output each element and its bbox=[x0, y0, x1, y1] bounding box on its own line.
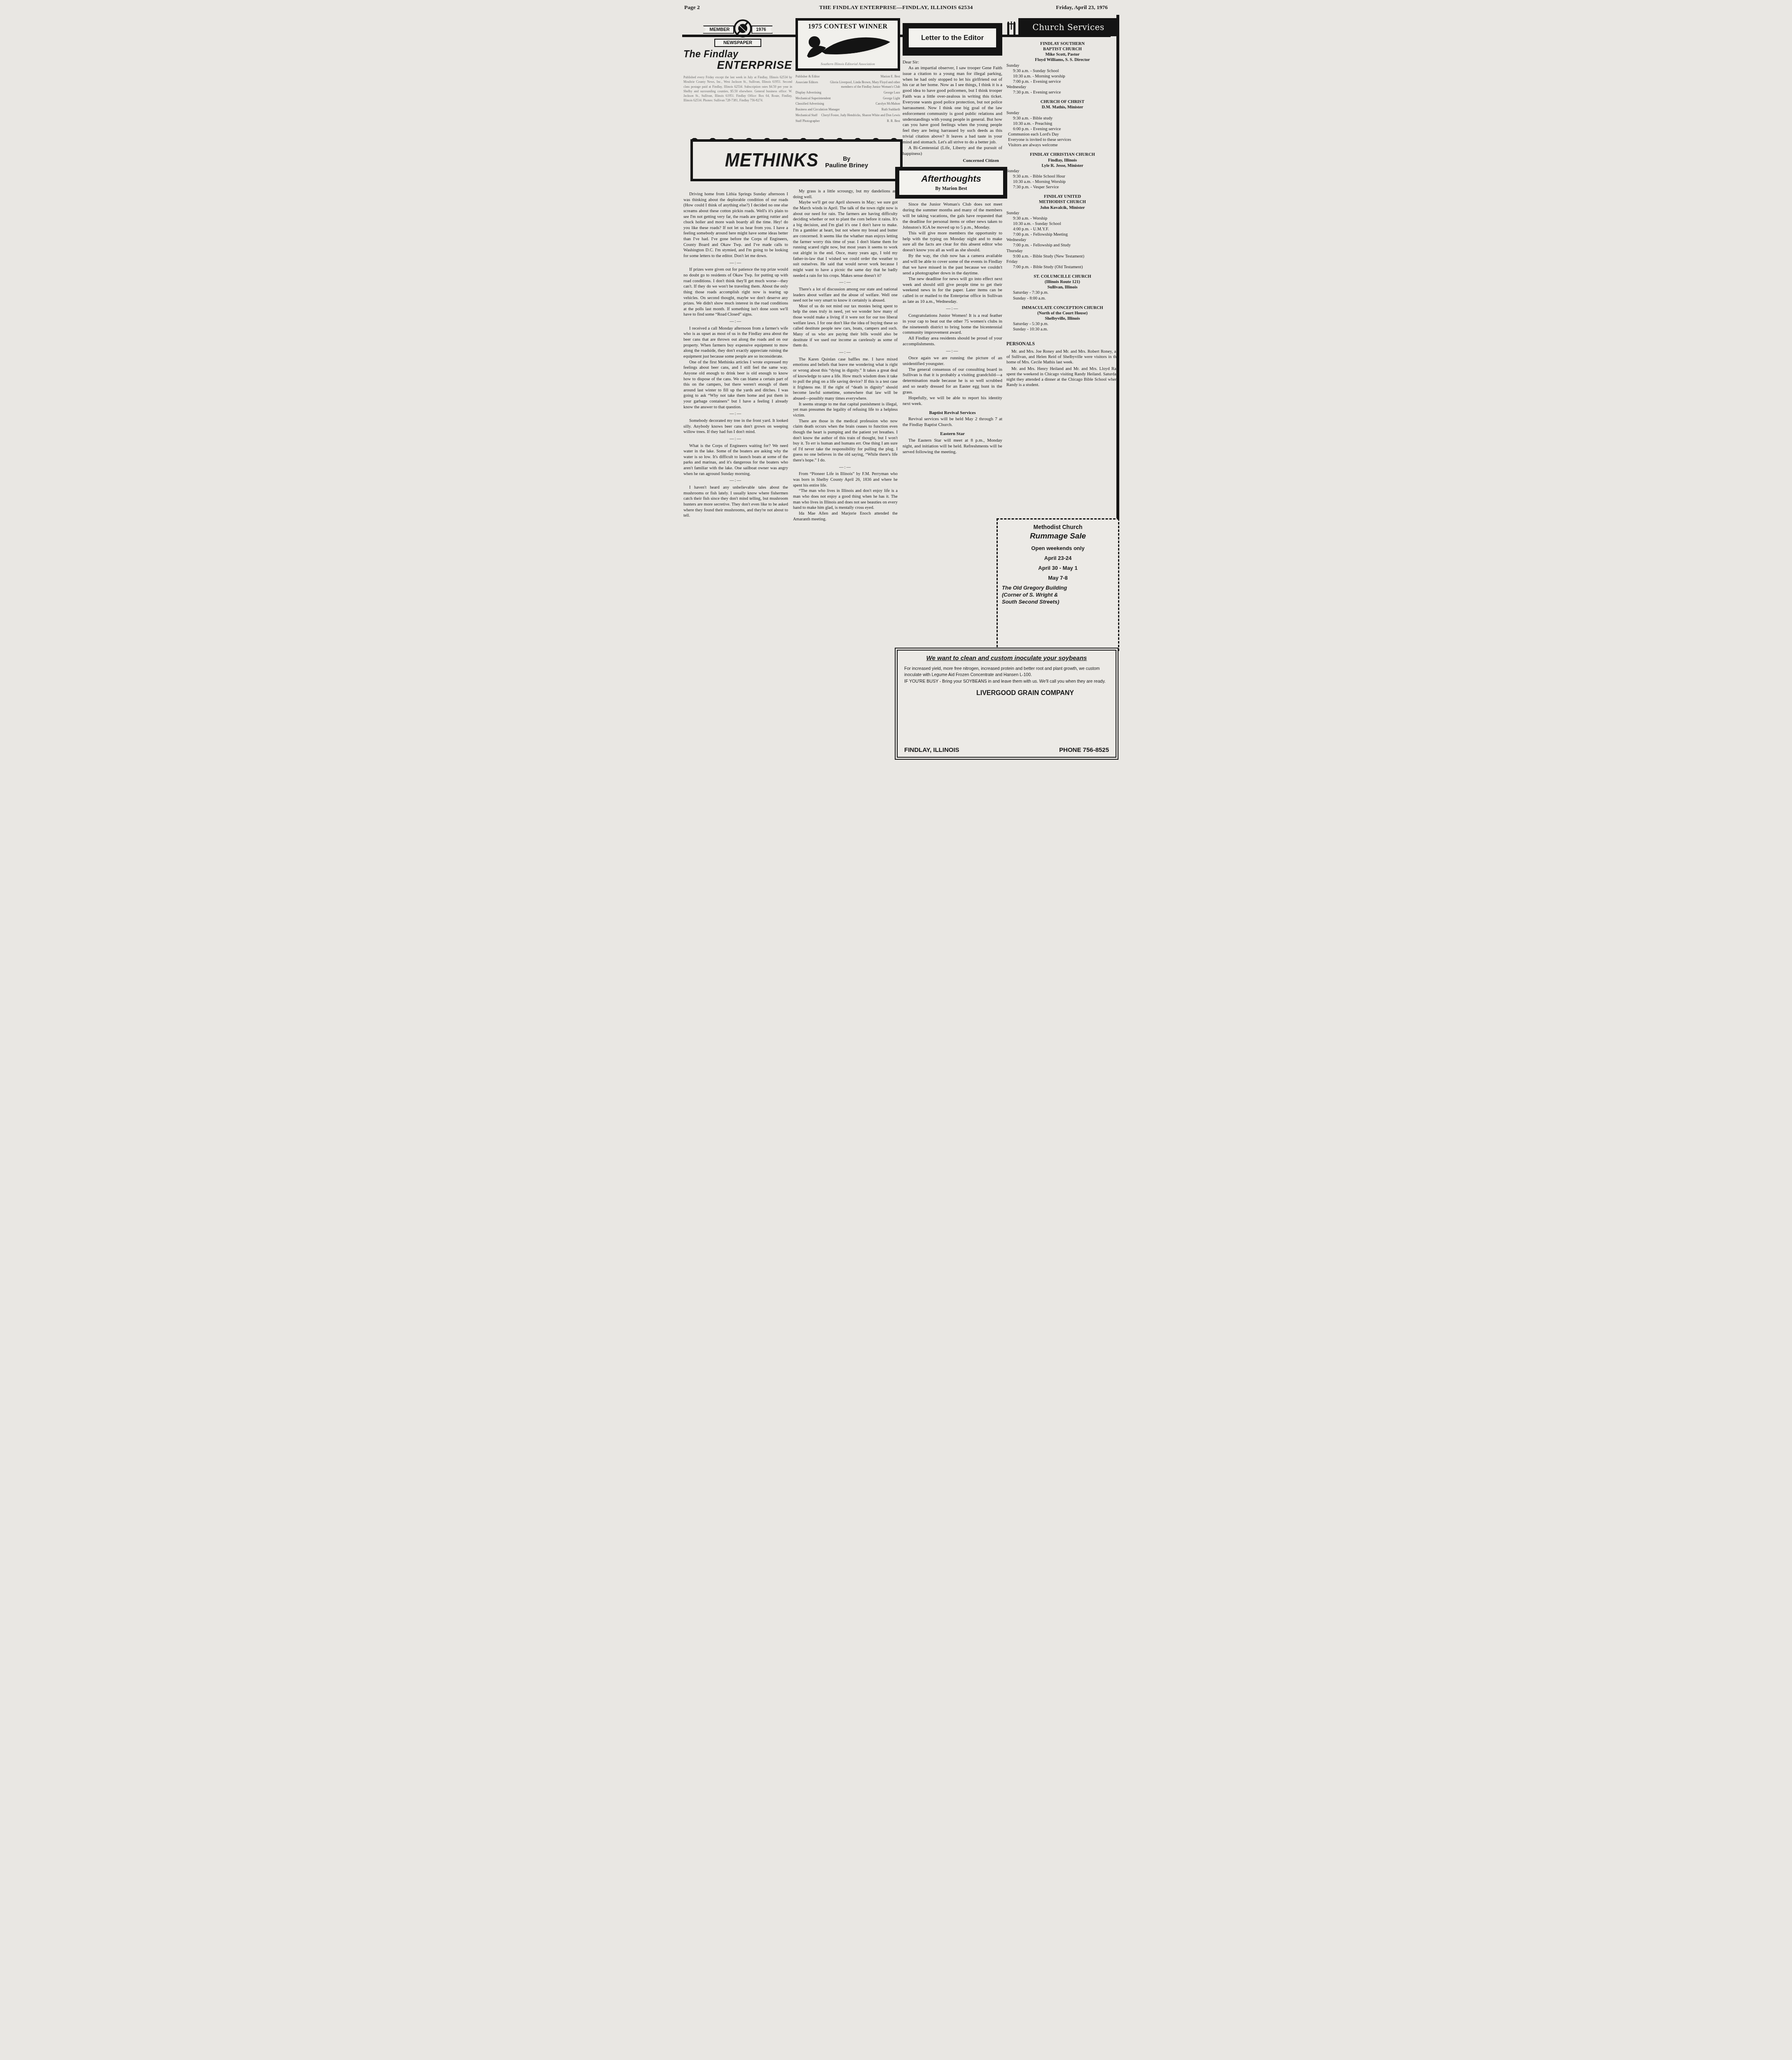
livergood-ad-paragraph-1: For increased yield, more free nitrogen,… bbox=[904, 666, 1109, 678]
member-ribbon-label: MEMBER bbox=[703, 26, 734, 34]
church-listing-line: BAPTIST CHURCH bbox=[1006, 47, 1118, 52]
church-listing-line: CHURCH OF CHRIST bbox=[1006, 99, 1118, 105]
church-listing-line: METHODIST CHURCH bbox=[1006, 199, 1118, 205]
church-services-listings: FINDLAY SOUTHERN BAPTIST CHURCH Mike Sco… bbox=[1006, 41, 1118, 388]
church-listing-line: Wednesday bbox=[1006, 237, 1118, 243]
staff-names: Cheryl Foster, Judy Hendricks, Sharon Wh… bbox=[821, 113, 900, 118]
church-listing-line bbox=[1006, 301, 1118, 305]
church-listing-line: 9:30 a.m. - Bible School Hour bbox=[1006, 174, 1118, 179]
masthead-fine-print: Published every Friday except the last w… bbox=[683, 75, 792, 103]
staff-role: Classified Advertising bbox=[795, 101, 824, 106]
methinks-banner: METHINKS By Pauline Briney bbox=[690, 139, 903, 181]
afterthoughts-paragraph: The general consensus of our consulting … bbox=[903, 367, 1002, 396]
article-paragraph: —:— bbox=[793, 350, 898, 356]
church-listing-line: D.M. Mathis, Minister bbox=[1006, 105, 1118, 110]
article-paragraph: What is the Corps of Engineers waiting f… bbox=[683, 443, 788, 477]
newspaper-ribbon-label: NEWSPAPER bbox=[714, 39, 761, 47]
afterthoughts-box-inner: Afterthoughts By Marion Best bbox=[899, 171, 1003, 195]
staff-row: Classified Advertising Carolyn McMahon bbox=[795, 101, 900, 106]
afterthoughts-paragraph: Congratulations Junior Women! It is a re… bbox=[903, 313, 1002, 336]
church-listing-line bbox=[1006, 190, 1118, 194]
church-listing-line: 10:30 a.m. - Sunday School bbox=[1006, 221, 1118, 227]
staff-row: Mechanical Superintendent George Light bbox=[795, 96, 900, 101]
church-listing-line: 9:00 a.m. - Bible Study (New Testament) bbox=[1006, 254, 1118, 259]
church-listing-line: PERSONALS bbox=[1006, 341, 1118, 347]
church-candles-cross-icon bbox=[1006, 18, 1017, 36]
article-paragraph: Ida Mae Allen and Marjorie Enoch attende… bbox=[793, 511, 898, 522]
church-listing-line: Mr. and Mrs. Joe Roney and Mr. and Mrs. … bbox=[1006, 349, 1118, 365]
article-paragraph: Maybe we'll get our April showers in May… bbox=[793, 200, 898, 279]
afterthoughts-title: Afterthoughts bbox=[901, 173, 1001, 184]
contest-winner-box: 1975 CONTEST WINNER Southern Illinois Ed… bbox=[795, 18, 900, 71]
article-paragraph: “The man who lives in Illinois and don't… bbox=[793, 488, 898, 511]
afterthoughts-paragraph: Revival services will be held May 2 thro… bbox=[903, 417, 1002, 428]
church-listing-line: 7:00 p.m. - Fellowship and Study bbox=[1006, 243, 1118, 248]
livergood-grain-ad: We want to clean and custom inoculate yo… bbox=[895, 648, 1118, 760]
church-listing-line: 6:00 p.m. - Evening service bbox=[1006, 126, 1118, 132]
staff-row: Business and Circulation Manager Ruth Su… bbox=[795, 107, 900, 112]
church-listing-line: 9:30 a.m. - Bible study bbox=[1006, 116, 1118, 121]
article-paragraph: —:— bbox=[683, 319, 788, 325]
church-listing-line: Wednesday bbox=[1006, 84, 1118, 90]
church-listing-line bbox=[1006, 270, 1118, 274]
article-paragraph: If prizes were given out for patience th… bbox=[683, 267, 788, 318]
livergood-phone: PHONE 756-8525 bbox=[1059, 747, 1109, 754]
article-paragraph: The Karen Quinlan case baffles me. I hav… bbox=[793, 357, 898, 402]
contest-caption: Southern Illinois Editorial Association bbox=[800, 62, 896, 68]
methinks-byline: By Pauline Briney bbox=[825, 155, 868, 169]
church-listing-line: 10:30 a.m. - Morning Worship bbox=[1006, 179, 1118, 185]
church-listing-line: Communion each Lord's Day bbox=[1006, 132, 1118, 137]
methinks-column-1: Driving home from Lithia Springs Sunday … bbox=[683, 192, 788, 519]
rummage-ad-line: Rummage Sale bbox=[1001, 532, 1115, 541]
press-association-seal-icon bbox=[733, 19, 752, 40]
church-listing-line: Sunday bbox=[1006, 169, 1118, 174]
church-listing-line: 4:00 p.m. - U.M.Y.F. bbox=[1006, 227, 1118, 232]
article-paragraph: There's a lot of discussion among our st… bbox=[793, 287, 898, 304]
rummage-ad-line: April 30 - May 1 bbox=[1001, 565, 1115, 571]
afterthoughts-paragraph: The new deadline for news will go into e… bbox=[903, 276, 1002, 305]
afterthoughts-paragraph: This will give more members the opportun… bbox=[903, 231, 1002, 253]
letter-to-editor-text: Dear Sir: As an impartial observer, I sa… bbox=[903, 60, 1002, 164]
rummage-ad-line: Open weekends only bbox=[1001, 545, 1115, 551]
article-paragraph: There are those in the medical professio… bbox=[793, 419, 898, 463]
letter-paragraph: A Bi-Centennial (Life, Liberty and the p… bbox=[903, 145, 1002, 157]
article-paragraph: I haven't heard any unbelievable tales a… bbox=[683, 485, 788, 519]
afterthoughts-paragraph: Baptist Revival Services bbox=[903, 410, 1002, 416]
newspaper-title: THE FINDLAY ENTERPRISE—FINDLAY, ILLINOIS… bbox=[684, 4, 1108, 11]
issue-date: Friday, April 23, 1976 bbox=[1056, 4, 1108, 11]
afterthoughts-paragraph: All Findlay area residents should be pro… bbox=[903, 336, 1002, 347]
afterthoughts-paragraph: The Eastern Star will meet at 8 p.m., Mo… bbox=[903, 438, 1002, 455]
rummage-ad-line: (Corner of S. Wright & bbox=[1002, 592, 1115, 598]
article-paragraph: I received a call Monday afternoon from … bbox=[683, 326, 788, 360]
church-listing-line: Lyle R. Jesse, Minister bbox=[1006, 163, 1118, 169]
article-paragraph: —:— bbox=[683, 260, 788, 266]
livergood-company-name: LIVERGOOD GRAIN COMPANY bbox=[904, 690, 1109, 697]
church-listing-line: Thursday bbox=[1006, 248, 1118, 254]
church-listing-line bbox=[1006, 148, 1118, 152]
letter-to-editor-box: Letter to the Editor bbox=[903, 23, 1002, 56]
church-listing-line: Findlay, Illinois bbox=[1006, 158, 1118, 163]
rummage-ad-line: May 7-8 bbox=[1001, 575, 1115, 581]
contest-winner-block: 1975 CONTEST WINNER Southern Illinois Ed… bbox=[795, 18, 900, 124]
livergood-city: FINDLAY, ILLINOIS bbox=[904, 747, 959, 754]
church-listing-line: Saturday - 7:30 p.m. bbox=[1006, 290, 1118, 295]
staff-names: George Light bbox=[883, 96, 900, 101]
afterthoughts-byline: By Marion Best bbox=[901, 186, 1001, 191]
afterthoughts-paragraph: Since the Junior Woman's Club does not m… bbox=[903, 202, 1002, 230]
page-header: Page 2 THE FINDLAY ENTERPRISE—FINDLAY, I… bbox=[684, 4, 1108, 13]
article-paragraph: —:— bbox=[793, 465, 898, 471]
methinks-author: Pauline Briney bbox=[825, 162, 868, 169]
afterthoughts-paragraph: Hopefully, we will be able to report his… bbox=[903, 396, 1002, 407]
article-paragraph: —:— bbox=[683, 478, 788, 484]
staff-role: Mechanical Staff bbox=[795, 113, 817, 118]
staff-row: Associate Editors Gloria Liverpool, Lind… bbox=[795, 80, 900, 89]
church-listing-line: FINDLAY SOUTHERN bbox=[1006, 41, 1118, 47]
afterthoughts-box: Afterthoughts By Marion Best bbox=[895, 167, 1007, 199]
article-paragraph: —:— bbox=[683, 411, 788, 417]
masthead-name-line1: The Findlay bbox=[683, 49, 792, 60]
masthead: MEMBER 1976 NEWSPAPER The Findlay ENTERP… bbox=[683, 19, 792, 103]
rummage-ad-line: The Old Gregory Building bbox=[1002, 585, 1115, 591]
church-listing-line: Shelbyville, Illinois bbox=[1006, 316, 1118, 321]
column-3: Letter to the Editor Dear Sir: As an imp… bbox=[903, 23, 1002, 455]
year-ribbon-label: 1976 bbox=[751, 26, 772, 34]
church-listing-line: ST. COLUMCILLE CHURCH bbox=[1006, 274, 1118, 279]
church-services-header: Church Services bbox=[1006, 18, 1118, 36]
contest-winner-title: 1975 CONTEST WINNER bbox=[800, 23, 896, 30]
staff-names: Marion E. Best bbox=[881, 74, 900, 79]
article-paragraph: One of the first Methinks articles I wro… bbox=[683, 360, 788, 410]
church-listing-line: 9:30 a.m. - Worship bbox=[1006, 216, 1118, 221]
rummage-ad-line: Methodist Church bbox=[1001, 524, 1115, 530]
article-paragraph: Driving home from Lithia Springs Sunday … bbox=[683, 192, 788, 259]
article-paragraph: —:— bbox=[793, 280, 898, 286]
staff-row: Mechanical Staff Cheryl Foster, Judy Hen… bbox=[795, 113, 900, 118]
rummage-ad-line: April 23-24 bbox=[1001, 555, 1115, 561]
church-listing-line: FINDLAY CHRISTIAN CHURCH bbox=[1006, 152, 1118, 157]
staff-row: Staff Photographer R. R. Best bbox=[795, 119, 900, 124]
staff-list: Publisher & Editor Marion E. Best Associ… bbox=[795, 74, 900, 123]
rummage-sale-ad: Methodist Church Rummage Sale Open weeke… bbox=[997, 518, 1119, 651]
church-services-title: Church Services bbox=[1018, 18, 1118, 36]
church-listing-line: Floyd Williams, S. S. Director bbox=[1006, 57, 1118, 63]
church-listing-line: IMMACULATE CONCEPTION CHURCH bbox=[1006, 305, 1118, 311]
staff-role: Business and Circulation Manager bbox=[795, 107, 840, 112]
church-listing-line: Saturday - 5:30 p.m. bbox=[1006, 321, 1118, 327]
livergood-ad-footer: FINDLAY, ILLINOIS PHONE 756-8525 bbox=[904, 747, 1109, 754]
staff-names: R. R. Best bbox=[887, 119, 900, 124]
article-paragraph: Somebody decorated my tree in the front … bbox=[683, 418, 788, 435]
staff-row: Display Advertising George Lazz bbox=[795, 90, 900, 95]
church-listing-line: 10:30 a.m. - Preaching bbox=[1006, 121, 1118, 126]
church-listing-line: 7:00 p.m. - Evening service bbox=[1006, 79, 1118, 84]
livergood-ad-paragraph-2: IF YOU'RE BUSY - Bring your SOYBEANS in … bbox=[904, 679, 1109, 685]
afterthoughts-paragraph: Once again we are running the picture of… bbox=[903, 356, 1002, 367]
church-listing-line: Sunday bbox=[1006, 110, 1118, 116]
staff-names: Gloria Liverpool, Linda Brown, Mary Floy… bbox=[821, 80, 900, 89]
church-listing-line: Sunday - 8:00 a.m. bbox=[1006, 296, 1118, 301]
staff-role: Staff Photographer bbox=[795, 119, 820, 124]
staff-role: Display Advertising bbox=[795, 90, 821, 95]
church-listing-line: (North of the Court House) bbox=[1006, 311, 1118, 316]
staff-row: Publisher & Editor Marion E. Best bbox=[795, 74, 900, 79]
church-listing-line: Mr. and Mrs. Henry Heiland and Mr. and M… bbox=[1006, 366, 1118, 388]
staff-names: Carolyn McMahon bbox=[875, 101, 900, 106]
livergood-ad-heading: We want to clean and custom inoculate yo… bbox=[904, 655, 1109, 662]
methinks-title: METHINKS bbox=[725, 150, 819, 171]
methinks-by-label: By bbox=[843, 155, 850, 162]
church-listing-line bbox=[1006, 332, 1118, 336]
church-listing-line: Visitors are always welcome bbox=[1006, 143, 1118, 148]
article-paragraph: It seems strange to me that capital puni… bbox=[793, 402, 898, 419]
church-listing-line: 7:00 p.m. - Fellowship Meeting bbox=[1006, 232, 1118, 237]
church-listing-line: 7:30 p.m. - Vesper Service bbox=[1006, 185, 1118, 190]
afterthoughts-paragraph: Eastern Star bbox=[903, 431, 1002, 437]
staff-role: Mechanical Superintendent bbox=[795, 96, 831, 101]
church-listing-line: Sunday - 10:30 a.m. bbox=[1006, 327, 1118, 332]
church-listing-line: Sunday bbox=[1006, 211, 1118, 216]
article-paragraph: From “Pioneer Life in Illinois” by F.M. … bbox=[793, 471, 898, 488]
letter-paragraph: Concerned Citizen bbox=[903, 158, 1002, 164]
staff-names: George Lazz bbox=[884, 90, 900, 95]
article-paragraph: —:— bbox=[683, 436, 788, 442]
article-paragraph: Most of us do not mind our tax monies be… bbox=[793, 304, 898, 349]
afterthoughts-paragraph: —:— bbox=[903, 306, 1002, 312]
afterthoughts-paragraph: —:— bbox=[903, 349, 1002, 354]
afterthoughts-text: Since the Junior Woman's Club does not m… bbox=[903, 202, 1002, 455]
letter-paragraph: As an impartial observer, I saw trooper … bbox=[903, 66, 1002, 145]
church-listing-line: Everyone is invited to these services bbox=[1006, 137, 1118, 143]
church-listing-line: FINDLAY UNITED bbox=[1006, 194, 1118, 199]
church-listing-line: John Kovalcik, Minister bbox=[1006, 205, 1118, 211]
church-listing-line: Sunday bbox=[1006, 63, 1118, 68]
church-listing-line: 7:30 p.m. - Evening service bbox=[1006, 90, 1118, 95]
masthead-name-line2: ENTERPRISE bbox=[683, 59, 792, 72]
church-listing-line: 7:00 p.m. - Bible Study (Old Testament) bbox=[1006, 265, 1118, 270]
staff-role: Associate Editors bbox=[795, 80, 818, 89]
letter-paragraph: Dear Sir: bbox=[903, 60, 1002, 66]
afterthoughts-paragraph: By the way, the club now has a camera av… bbox=[903, 253, 1002, 276]
church-listing-line: Sullivan, Illinois bbox=[1006, 285, 1118, 290]
church-listing-line: 10:30 a.m. - Morning worship bbox=[1006, 74, 1118, 79]
staff-names: Ruth Suddarth bbox=[882, 107, 900, 112]
methinks-column-2: My grass is a little scroungy, but my da… bbox=[793, 189, 898, 522]
staff-role: Publisher & Editor bbox=[795, 74, 820, 79]
newspaper-page: Page 2 THE FINDLAY ENTERPRISE—FINDLAY, I… bbox=[672, 0, 1120, 768]
church-listing-line: 9:30 a.m. - Sunday School bbox=[1006, 68, 1118, 74]
rummage-ad-line: South Second Streets) bbox=[1002, 599, 1115, 605]
article-paragraph: My grass is a little scroungy, but my da… bbox=[793, 189, 898, 200]
letter-to-editor-title: Letter to the Editor bbox=[909, 28, 996, 47]
church-listing-line: Mike Scott, Pastor bbox=[1006, 52, 1118, 57]
church-listing-line bbox=[1006, 95, 1118, 99]
church-listing-line: (Illinois Route 121) bbox=[1006, 279, 1118, 285]
church-services-column: Church Services FINDLAY SOUTHERN BAPTIST… bbox=[1006, 18, 1118, 389]
member-ribbon: MEMBER 1976 bbox=[683, 19, 792, 40]
church-listing-line: Friday bbox=[1006, 259, 1118, 265]
